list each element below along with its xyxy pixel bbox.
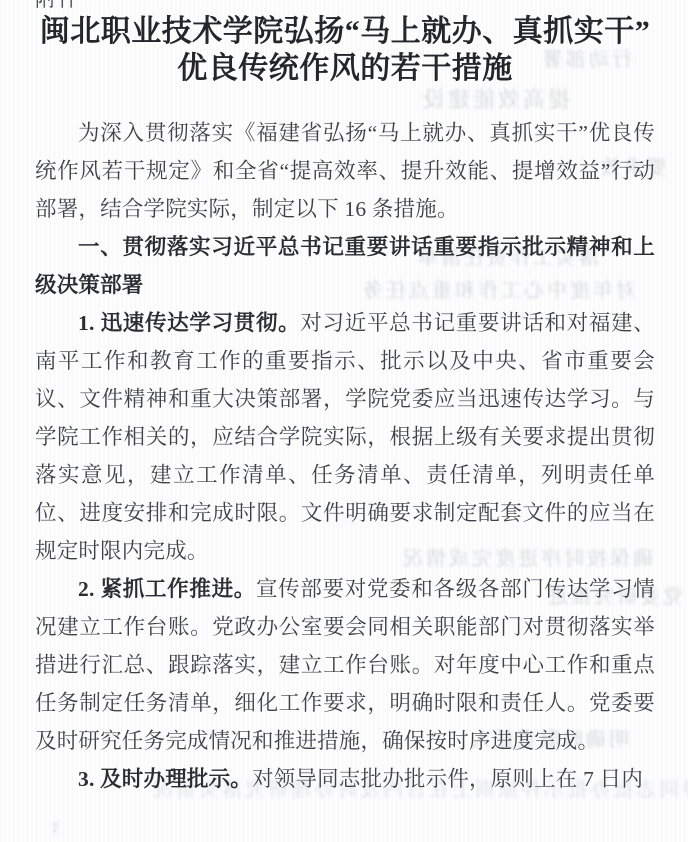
- bleedthrough-artifact: 〻: [46, 818, 63, 840]
- document-title: 闽北职业技术学院弘扬“马上就办、真抓实干” 优良传统作风的若干措施: [35, 13, 655, 87]
- measure-item-1: 1. 迅速传达学习贯彻。对习近平总书记重要讲话和对福建、南平工作和教育工作的重要…: [35, 304, 655, 570]
- attachment-label: 附件: [35, 0, 81, 13]
- measure-item-3-lead: 3. 及时办理批示。: [78, 767, 252, 791]
- scanned-document-page: 附件 行动部署 提高效能建设 要求效 落实工作责任清单 对年度中心工作和重点任务…: [0, 0, 688, 842]
- measure-item-2-lead: 2. 紧抓工作推进。: [78, 577, 256, 601]
- measure-item-3-text: 对领导同志批办批示件，原则上在 7 日内: [252, 767, 643, 791]
- measure-item-3: 3. 及时办理批示。对领导同志批办批示件，原则上在 7 日内: [35, 760, 655, 798]
- document-body: 为深入贯彻落实《福建省弘扬“马上就办、真抓实干”优良传统作风若干规定》和全省“提…: [35, 114, 655, 798]
- document-content: 闽北职业技术学院弘扬“马上就办、真抓实干” 优良传统作风的若干措施 为深入贯彻落…: [35, 13, 655, 798]
- measure-item-2-text: 宣传部要对党委和各级各部门传达学习情况建立工作台账。党政办公室要会同相关职能部门…: [35, 577, 655, 753]
- intro-paragraph: 为深入贯彻落实《福建省弘扬“马上就办、真抓实干”优良传统作风若干规定》和全省“提…: [35, 114, 655, 228]
- measure-item-1-text: 对习近平总书记重要讲话和对福建、南平工作和教育工作的重要指示、批示以及中央、省市…: [35, 311, 655, 563]
- measure-item-2: 2. 紧抓工作推进。宣传部要对党委和各级各部门传达学习情况建立工作台账。党政办公…: [35, 570, 655, 760]
- section-1-heading: 一、贯彻落实习近平总书记重要讲话重要指示批示精神和上级决策部署: [35, 228, 655, 304]
- document-title-line-2: 优良传统作风的若干措施: [35, 50, 655, 87]
- measure-item-1-lead: 1. 迅速传达学习贯彻。: [78, 311, 300, 335]
- document-title-line-1: 闽北职业技术学院弘扬“马上就办、真抓实干”: [35, 13, 655, 50]
